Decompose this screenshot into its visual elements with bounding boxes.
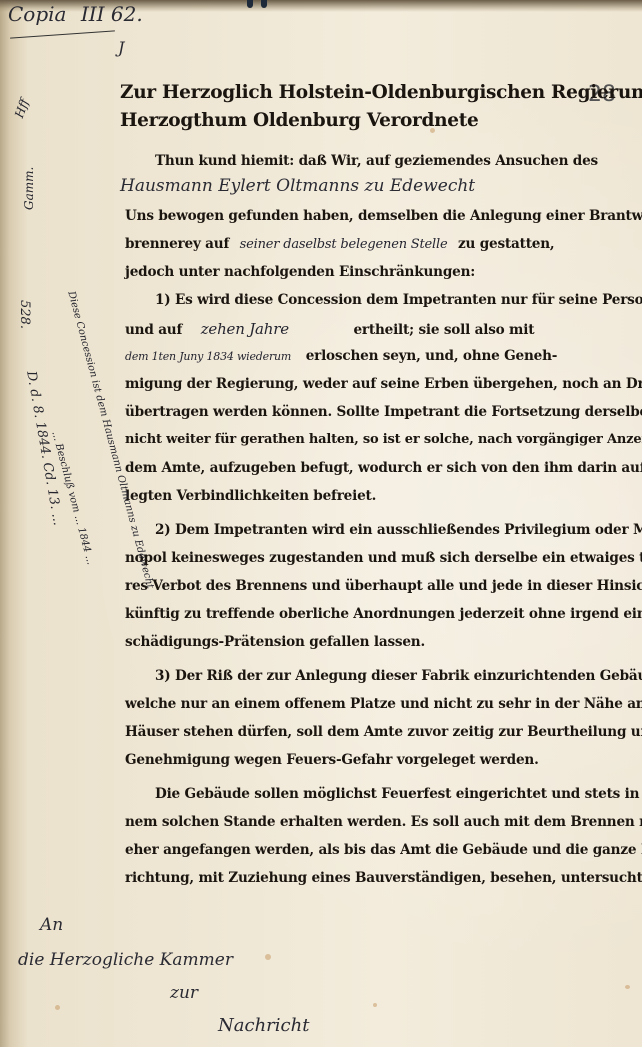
clause-1-prefix: und auf (125, 322, 182, 338)
handwritten-mark: J (118, 38, 124, 57)
paragraph-4-line-2: nem solchen Stande erhalten werden. Es s… (125, 814, 642, 830)
clause-2-line-4: künftig zu treffende oberliche Anordnung… (125, 606, 642, 622)
intro-line: Thun kund hiemit: daß Wir, auf geziemend… (155, 153, 598, 169)
clause-2-line-5: schädigungs-Prätension gefallen lassen. (125, 634, 425, 650)
margin-note-1: Hff (12, 97, 32, 120)
clause-1-line-1: 1) Es wird diese Concession dem Impetran… (155, 292, 642, 308)
foxing-spot (265, 954, 271, 960)
clause-3-line-3: Häuser stehen dürfen, soll dem Amte zuvo… (125, 724, 642, 740)
clause-3-line-2: welche nur an einem offenem Platze und n… (125, 696, 642, 712)
ink-blot (245, 0, 275, 10)
paragraph-4-line-3: eher angefangen werden, als bis das Amt … (125, 842, 642, 858)
header-reference: III 62. (81, 2, 143, 26)
margin-note-2: Gamm. (22, 167, 36, 210)
foxing-spot (373, 1003, 377, 1007)
handwritten-expiry-date: dem 1ten Juny 1834 wiederum (125, 350, 291, 363)
clause-1-suffix: ertheilt; sie soll also mit (353, 322, 534, 338)
line-4-prefix: brennerey auf (125, 236, 229, 252)
body-line-4: brennerey auf seiner daselbst belegenen … (125, 236, 554, 252)
header-underline (10, 30, 115, 38)
clause-1-line-5: übertragen werden können. Sollte Impetra… (125, 404, 642, 420)
clause-1-line-7: dem Amte, aufzugeben befugt, wodurch er … (125, 460, 642, 476)
clause-1-line-3-suffix: erloschen seyn, und, ohne Geneh- (306, 348, 558, 364)
addressee-line-2: die Herzogliche Kammer (18, 950, 233, 970)
body-line-5: jedoch unter nachfolgenden Einschränkung… (125, 264, 475, 280)
clause-1-line-4: migung der Regierung, weder auf seine Er… (125, 376, 642, 392)
handwritten-duration: zehen Jahre (201, 320, 289, 338)
handwritten-location: seiner daselbst belegenen Stelle (240, 237, 448, 252)
clause-3-line-4: Genehmigung wegen Feuers-Gefahr vorgeleg… (125, 752, 539, 768)
title-line-2: Herzogthum Oldenburg Verordnete (120, 110, 478, 131)
clause-1-line-6: nicht weiter für gerathen halten, so ist… (125, 432, 642, 447)
title-line-1: Zur Herzoglich Holstein-Oldenburgischen … (120, 82, 642, 103)
body-line-3: Uns bewogen gefunden haben, demselben di… (125, 208, 642, 224)
margin-note-3: 528. (17, 300, 32, 329)
clause-2-line-2: nopol keinesweges zugestanden und muß si… (125, 550, 642, 566)
foxing-spot (625, 985, 630, 989)
line-4-suffix: zu gestatten, (458, 236, 554, 252)
addressee-line-1: An (40, 915, 63, 935)
clause-3-line-1: 3) Der Riß der zur Anlegung dieser Fabri… (155, 668, 642, 684)
addressee-line-4: Nachricht (218, 1015, 309, 1036)
clause-1-line-3: dem 1ten Juny 1834 wiederum erloschen se… (125, 348, 557, 364)
copia-label: Copia (8, 2, 66, 26)
clause-2-line-1: 2) Dem Impetranten wird ein ausschließen… (155, 522, 642, 538)
document-page: Copia III 62. J 28 Zur Herzoglich Holste… (0, 0, 642, 1047)
clause-1-line-8: legten Verbindlichkeiten befreiet. (125, 488, 376, 504)
clause-2-line-3: res Verbot des Brennens und überhaupt al… (125, 578, 642, 594)
paragraph-4-line-1: Die Gebäude sollen möglichst Feuerfest e… (155, 786, 642, 802)
addressee-line-3: zur (170, 983, 198, 1003)
foxing-spot (55, 1005, 60, 1010)
handwritten-name: Hausmann Eylert Oltmanns zu Edewecht (120, 176, 475, 196)
paragraph-4-line-4: richtung, mit Zuziehung eines Bauverstän… (125, 870, 642, 886)
header-note: Copia III 62. (8, 2, 143, 26)
clause-1-line-2: und auf zehen Jahre ertheilt; sie soll a… (125, 320, 534, 338)
